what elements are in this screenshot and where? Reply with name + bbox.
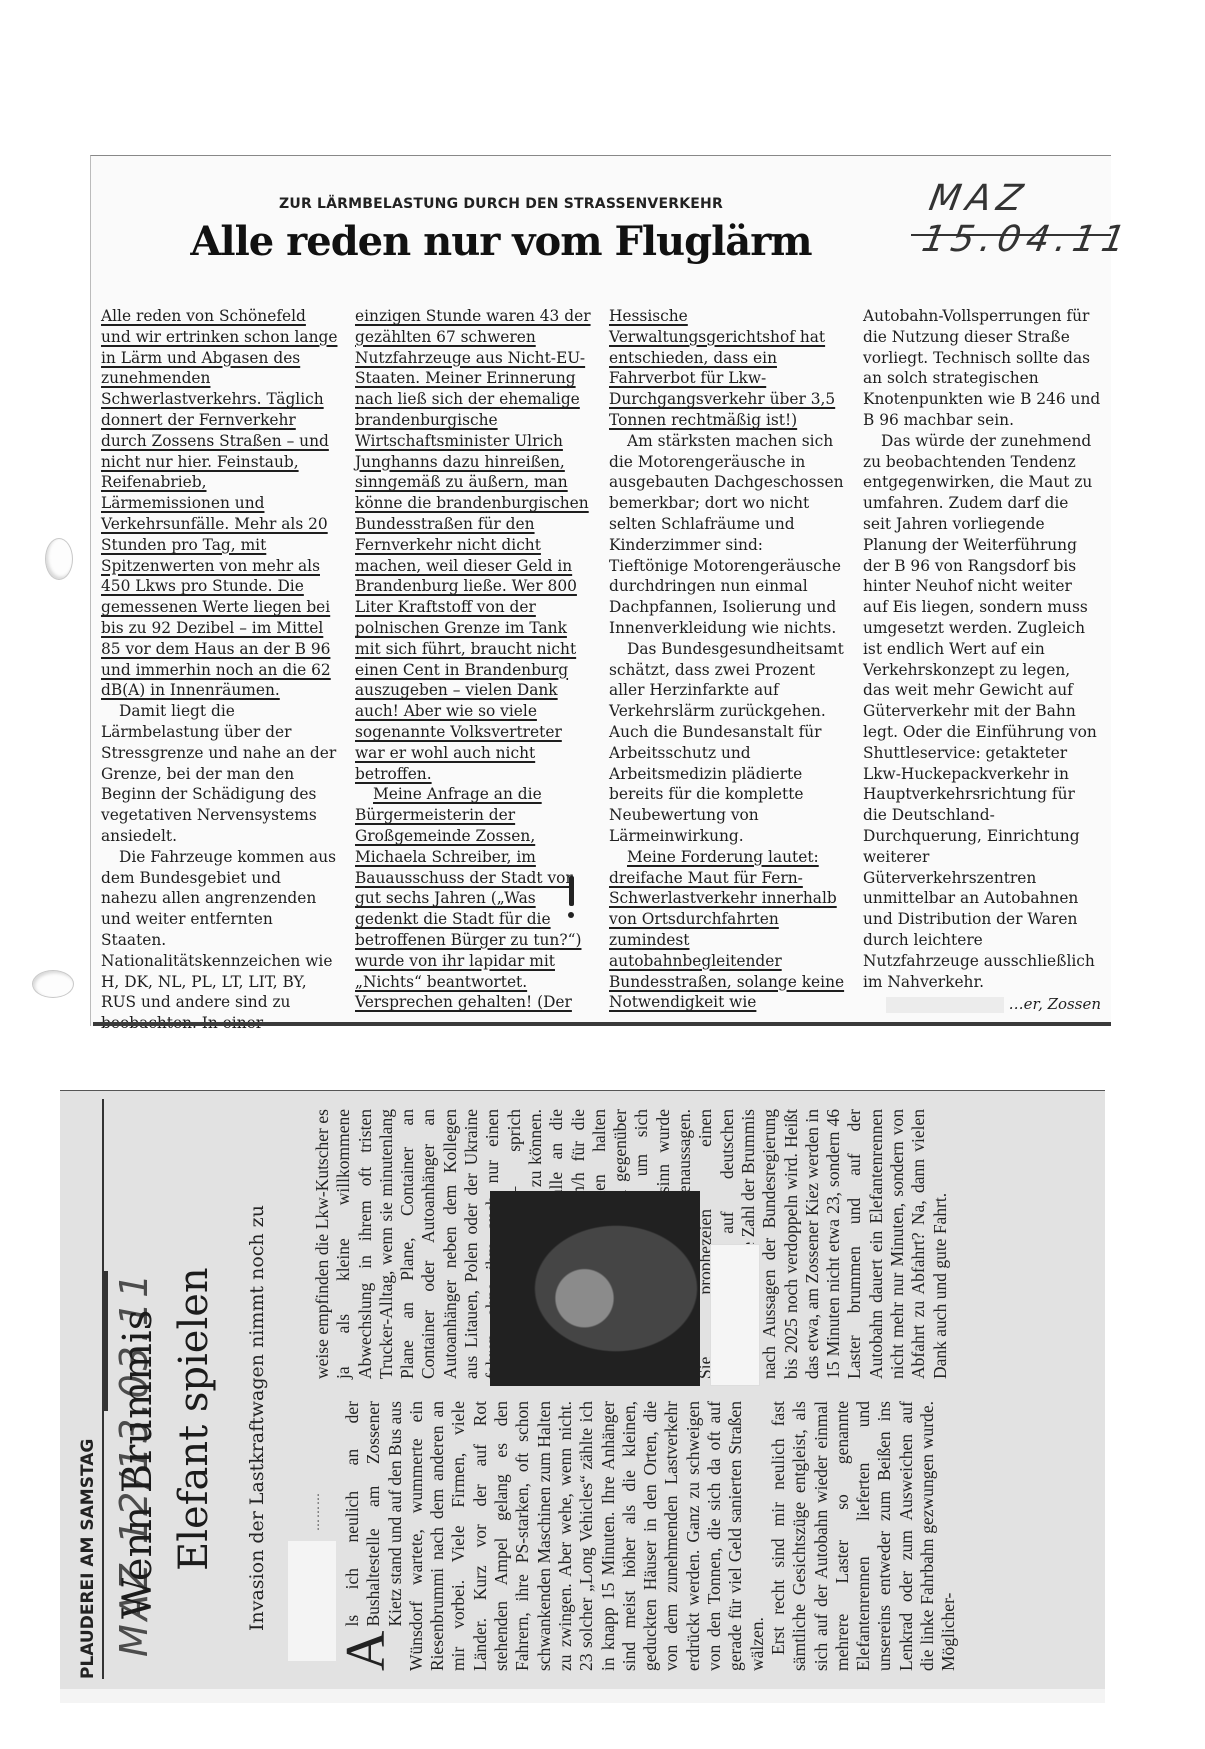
column-headline: Wenn Brummis Elefant spielen [110, 1119, 222, 1679]
paragraph: Meine Forderung lautet: dreifache Maut f… [609, 847, 847, 1013]
paragraph: Das Bundesgesundheitsamt schätzt, dass z… [609, 639, 847, 847]
paragraph: Hessische Verwaltungsgerichtshof hat ent… [609, 306, 847, 431]
article-column-3: Hessische Verwaltungsgerichtshof hat ent… [609, 306, 847, 1034]
punch-hole-bottom [32, 970, 74, 998]
column-body: Als ich neulich an der Bushaltestelle am… [282, 1091, 1102, 1691]
paragraph: Als ich neulich an der Bushaltestelle am… [342, 1401, 768, 1671]
handwritten-underline [911, 234, 1111, 236]
paragraph: Das würde der zunehmend zu beobachtenden… [863, 431, 1101, 993]
drop-cap: A [344, 1627, 388, 1671]
article-headline: Alle reden nur vom Fluglärm [91, 218, 911, 265]
letter-to-editor-clipping: ZUR LÄRMBELASTUNG DURCH DEN STRASSENVERK… [90, 155, 1111, 1026]
redacted-name [886, 997, 1004, 1013]
rubric-rule-accent [104, 1271, 108, 1411]
redaction-tape [710, 1244, 760, 1386]
article-kicker: ZUR LÄRMBELASTUNG DURCH DEN STRASSENVERK… [91, 196, 911, 212]
rotated-content: PLAUDEREI AM SAMSTAG MAZ 12/13.03.11 Wen… [60, 1091, 1105, 1691]
handwritten-exclamation-mark [569, 876, 574, 906]
article-columns: Alle reden von Schönefeld und wir ertrin… [101, 306, 1101, 1034]
torn-paper-edge [60, 1689, 1105, 1703]
paragraph: Autobahn-Vollsperrungen für die Nutzung … [863, 306, 1101, 431]
author-portrait-photo [490, 1191, 700, 1386]
paragraph: Erst recht sind mir neulich fast sämtlic… [768, 1401, 960, 1671]
author-signature: …er, Zossen [863, 994, 1101, 1015]
paragraph: Am stärksten machen sich die Motorengerä… [609, 431, 847, 639]
paragraph: Meine Anfrage an die Bürgermeisterin der… [355, 784, 593, 1013]
handwritten-exclamation-dot [568, 912, 574, 918]
column-subheadline: Invasion der Lastkraftwagen nimmt noch z… [246, 1091, 268, 1631]
paragraph: Damit liegt die Lärmbelastung über der S… [101, 701, 339, 847]
handwritten-date-note: MAZ 15.04.11 [919, 178, 1142, 260]
article-column-1: Alle reden von Schönefeld und wir ertrin… [101, 306, 339, 1034]
punch-hole-top [45, 538, 73, 580]
article-column-2: einzigen Stunde waren 43 der gezählten 6… [355, 306, 593, 1034]
column-body-left: Als ich neulich an der Bushaltestelle am… [342, 1401, 960, 1671]
column-clipping-rotated: PLAUDEREI AM SAMSTAG MAZ 12/13.03.11 Wen… [60, 1090, 1105, 1691]
clipping-bottom-rule [93, 1022, 1111, 1026]
article-column-4: Autobahn-Vollsperrungen für die Nutzung … [863, 306, 1101, 1034]
paragraph: einzigen Stunde waren 43 der gezählten 6… [355, 306, 593, 784]
paragraph: Alle reden von Schönefeld und wir ertrin… [101, 306, 339, 701]
rubric-label: PLAUDEREI AM SAMSTAG [78, 1439, 98, 1679]
paragraph: Die Fahrzeuge kommen aus dem Bundesgebie… [101, 847, 339, 1034]
